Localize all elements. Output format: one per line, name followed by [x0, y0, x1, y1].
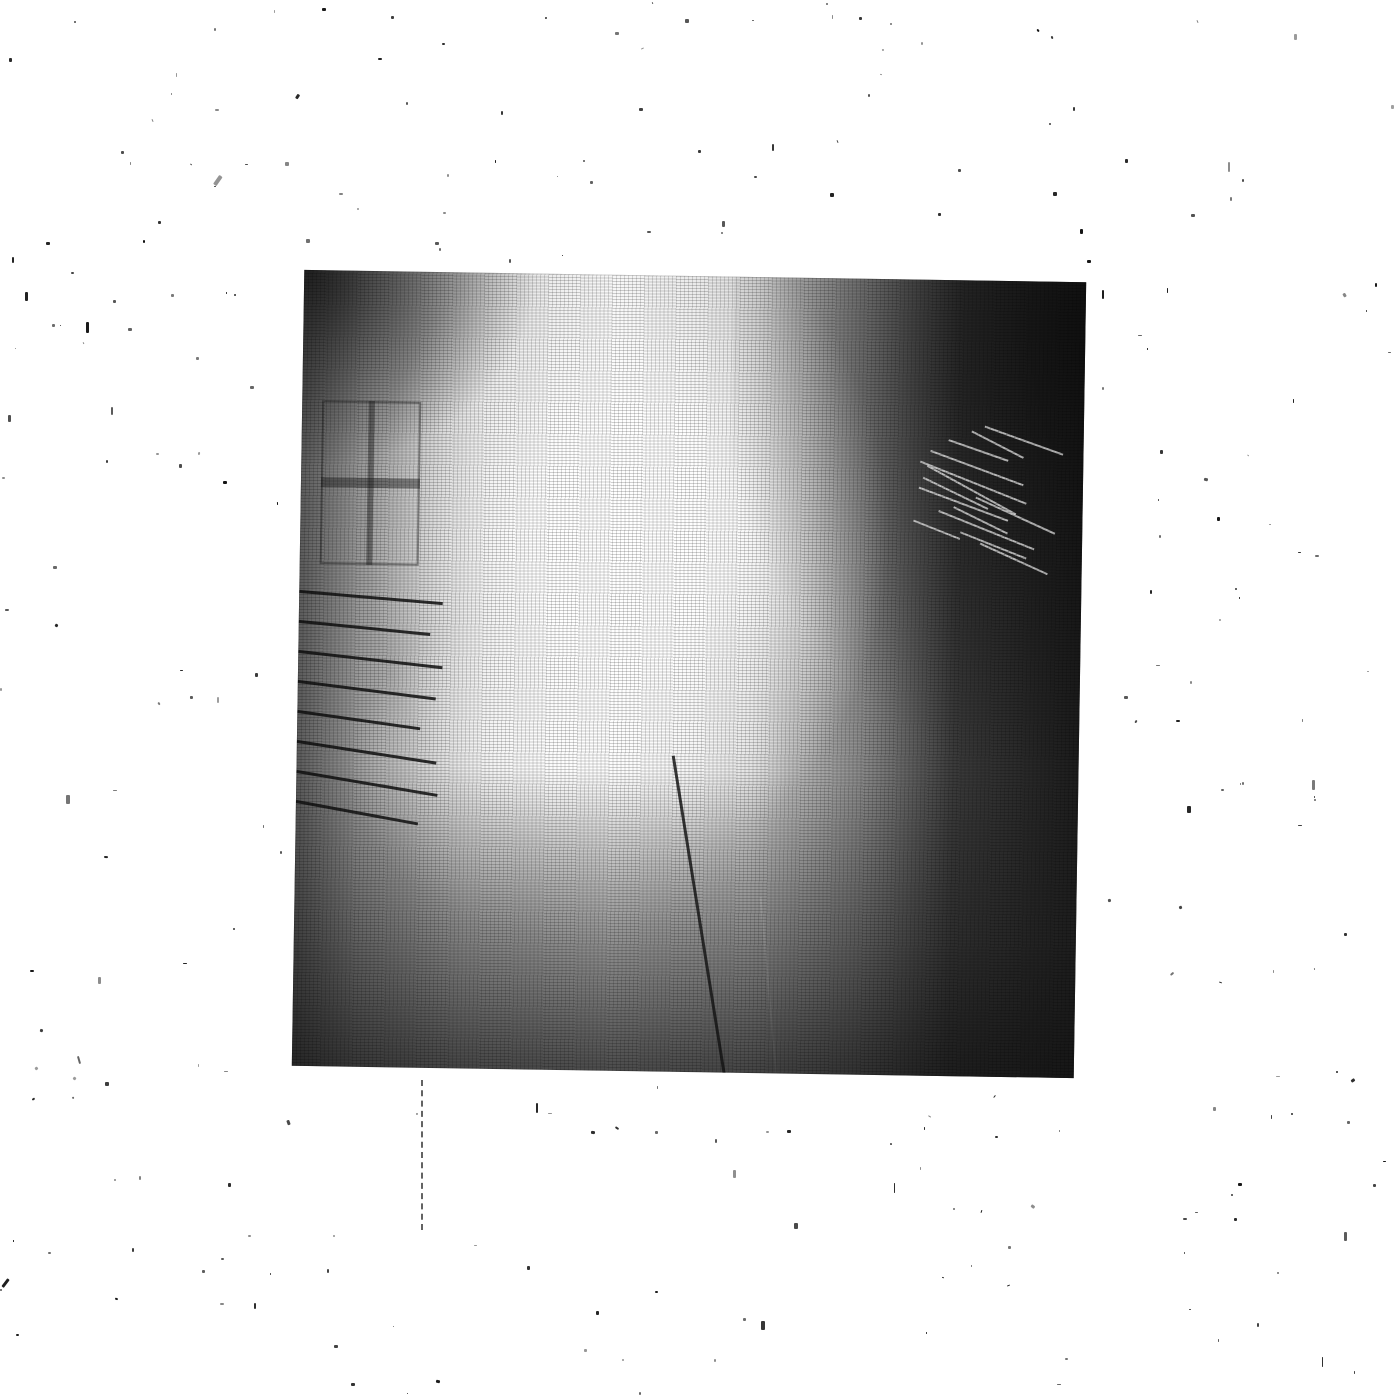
- scan-speck: [254, 1303, 256, 1309]
- scan-speck: [647, 231, 650, 234]
- scan-speck: [1124, 696, 1128, 699]
- scan-speck: [1102, 387, 1104, 389]
- scan-speck: [1102, 290, 1104, 299]
- scan-speck: [1315, 555, 1318, 557]
- scan-speck: [114, 1179, 116, 1181]
- scan-speck: [15, 348, 16, 349]
- scan-speck: [113, 300, 115, 303]
- scan-speck: [71, 1097, 73, 1099]
- scan-speck: [583, 160, 585, 162]
- scan-speck: [220, 1303, 224, 1306]
- scan-speck: [584, 1349, 587, 1353]
- scan-speck: [121, 151, 124, 154]
- scan-speck: [882, 49, 885, 51]
- scan-speck: [73, 1077, 77, 1081]
- scan-speck: [106, 460, 108, 462]
- scan-speck: [1178, 905, 1182, 909]
- scan-speck: [82, 341, 84, 344]
- scan-speck: [868, 94, 870, 96]
- scan-speck: [1191, 214, 1195, 217]
- scan-speck: [548, 1113, 552, 1114]
- scan-speck: [859, 17, 862, 20]
- scan-speck: [1087, 260, 1090, 263]
- scan-speck: [245, 164, 248, 165]
- scan-speck: [32, 1098, 36, 1102]
- scan-speck: [407, 1393, 408, 1394]
- scan-speck: [639, 108, 642, 111]
- scan-speck: [1247, 454, 1250, 456]
- scan-speck: [214, 175, 223, 186]
- scan-speck: [652, 1, 654, 3]
- scan-speck: [71, 272, 74, 274]
- scan-speck: [1235, 588, 1237, 590]
- scan-speck: [0, 1289, 2, 1291]
- scan-speck: [1057, 1384, 1061, 1385]
- scan-speck: [1213, 1107, 1216, 1111]
- scan-speck: [1298, 552, 1301, 553]
- scan-speck: [590, 181, 593, 185]
- scan-speck: [1036, 29, 1039, 32]
- scan-speck: [1366, 310, 1367, 311]
- scan-speck: [221, 1258, 224, 1260]
- scan-speck: [1169, 973, 1173, 977]
- scan-speck: [721, 232, 723, 234]
- scan-speck: [1312, 780, 1315, 790]
- scan-speck: [1219, 982, 1222, 984]
- scan-speck: [766, 1131, 768, 1132]
- halftone-grain: [292, 270, 1086, 1078]
- scan-speck: [772, 144, 775, 151]
- scan-speck: [233, 928, 236, 931]
- scan-speck: [942, 1277, 944, 1279]
- scan-speck: [393, 1326, 394, 1328]
- scan-speck: [171, 294, 174, 297]
- scan-speck: [277, 502, 278, 505]
- scan-speck: [714, 1359, 715, 1362]
- scan-speck: [327, 1269, 329, 1273]
- scan-speck: [794, 1223, 798, 1229]
- scan-speck: [132, 1248, 134, 1251]
- scan-speck: [447, 174, 449, 176]
- scan-speck: [787, 1130, 791, 1133]
- scan-speck: [1354, 1371, 1355, 1374]
- scan-speck: [733, 1170, 736, 1179]
- scan-speck: [1228, 162, 1230, 172]
- scan-speck: [270, 1273, 271, 1275]
- scan-speck: [590, 1131, 594, 1134]
- scan-speck: [995, 1136, 997, 1137]
- scan-speck: [406, 102, 408, 104]
- scan-speck: [1073, 107, 1074, 111]
- scan-speck: [295, 93, 300, 99]
- scan-speck: [879, 74, 881, 75]
- scan-speck: [114, 1298, 118, 1301]
- scan-speck: [322, 8, 326, 11]
- scan-speck: [890, 23, 893, 25]
- scan-speck: [333, 1235, 335, 1237]
- scan-speck: [171, 93, 172, 95]
- scan-speck: [52, 324, 55, 327]
- scan-speck: [176, 73, 177, 77]
- scan-speck: [183, 963, 187, 964]
- scan-speck: [25, 292, 28, 301]
- scan-speck: [1218, 1339, 1220, 1342]
- scan-speck: [8, 415, 11, 422]
- scan-speck: [189, 163, 191, 165]
- scan-speck: [1049, 123, 1051, 125]
- scan-speck: [1242, 782, 1244, 785]
- scan-speck: [527, 1266, 530, 1270]
- scan-speck: [1239, 597, 1240, 600]
- scan-speck: [1167, 288, 1168, 293]
- scan-speck: [139, 1176, 141, 1180]
- scan-speck: [754, 176, 757, 178]
- scan-speck: [9, 58, 12, 62]
- scan-speck: [1138, 335, 1142, 336]
- scan-speck: [228, 1183, 231, 1186]
- scan-speck: [495, 160, 497, 163]
- scan-speck: [1294, 34, 1298, 40]
- scan-speck: [1031, 1204, 1036, 1208]
- scan-speck: [971, 1265, 973, 1267]
- scan-speck: [285, 162, 289, 166]
- scan-speck: [1313, 968, 1315, 970]
- scan-speck: [1217, 517, 1220, 521]
- scan-speck: [981, 1210, 983, 1213]
- scan-speck: [439, 248, 442, 251]
- scan-speck: [715, 1139, 717, 1143]
- scan-speck: [158, 221, 161, 224]
- scan-speck: [435, 242, 439, 245]
- scan-speck: [1065, 1358, 1068, 1360]
- scan-speck: [113, 790, 117, 791]
- scan-speck: [924, 1127, 925, 1131]
- scan-speck: [1008, 1246, 1011, 1249]
- scan-speck: [921, 42, 923, 45]
- scan-speck: [545, 17, 547, 19]
- scan-speck: [1176, 720, 1180, 723]
- scan-speck: [615, 32, 619, 35]
- scan-speck: [442, 43, 444, 45]
- scan-speck: [1189, 1309, 1191, 1310]
- scan-speck: [66, 795, 69, 804]
- scan-speck: [77, 1056, 81, 1064]
- scan-speck: [111, 407, 113, 415]
- scan-speck: [685, 19, 689, 23]
- scan-speck: [836, 140, 838, 143]
- scan-speck: [189, 696, 192, 699]
- scan-speck: [1336, 1071, 1338, 1073]
- scan-speck: [536, 1103, 539, 1114]
- scan-speck: [1347, 1121, 1350, 1124]
- scan-speck: [196, 357, 199, 359]
- scan-speck: [215, 109, 219, 111]
- scan-speck: [1391, 105, 1393, 109]
- scan-speck: [509, 259, 512, 263]
- scan-speck: [378, 58, 381, 60]
- scan-speck: [1183, 1218, 1187, 1220]
- scan-speck: [158, 701, 162, 705]
- scan-speck: [1344, 933, 1347, 936]
- scan-speck: [1221, 789, 1225, 791]
- scan-speck: [894, 1183, 895, 1194]
- scan-speck: [12, 257, 14, 263]
- scan-speck: [1195, 1212, 1198, 1214]
- scan-speck: [938, 213, 941, 216]
- scan-speck: [1388, 352, 1392, 353]
- scan-speck: [263, 825, 265, 829]
- scan-speck: [1276, 1076, 1280, 1078]
- scan-speck: [143, 240, 145, 244]
- scan-speck: [928, 1115, 931, 1118]
- scan-speck: [306, 239, 310, 243]
- scan-speck: [53, 566, 56, 569]
- scan-speck: [1375, 283, 1377, 287]
- scan-speck: [1187, 806, 1191, 813]
- scan-speck: [562, 255, 563, 257]
- scan-speck: [130, 162, 131, 165]
- scan-speck: [224, 1071, 227, 1072]
- scan-speck: [722, 221, 724, 227]
- scan-speck: [1204, 478, 1208, 481]
- scan-speck: [1367, 671, 1369, 672]
- scan-speck: [1257, 1323, 1259, 1326]
- scan-speck: [436, 1379, 440, 1383]
- scan-speck: [214, 28, 217, 30]
- scan-speck: [1383, 1161, 1386, 1162]
- scan-speck: [1184, 1252, 1185, 1254]
- scan-speck: [596, 1311, 599, 1314]
- scan-speck: [98, 977, 102, 985]
- scan-speck: [86, 322, 89, 333]
- scan-speck: [1059, 1130, 1060, 1132]
- scan-speck: [1373, 1184, 1376, 1187]
- scan-speck: [39, 1028, 42, 1031]
- scan-speck: [698, 150, 701, 153]
- scan-speck: [1230, 197, 1232, 201]
- scan-speck: [1271, 1115, 1272, 1119]
- scan-speck: [30, 970, 34, 972]
- scan-speck: [474, 1245, 477, 1246]
- scan-speck: [60, 325, 62, 326]
- scan-speck: [1273, 970, 1275, 973]
- scan-speck: [2, 477, 5, 479]
- scan-speck: [1238, 1183, 1242, 1185]
- scan-speck: [151, 119, 153, 122]
- scan-speck: [501, 111, 503, 115]
- scan-speck: [1234, 1218, 1237, 1220]
- scan-speck: [54, 624, 58, 628]
- scan-speck: [104, 856, 108, 858]
- scan-speck: [351, 1383, 355, 1385]
- scan-speck: [179, 464, 182, 468]
- scan-speck: [198, 1064, 200, 1067]
- scan-speck: [286, 1119, 291, 1125]
- scan-speck: [926, 1332, 927, 1333]
- scan-speck: [1277, 1271, 1280, 1274]
- scan-speck: [223, 481, 226, 483]
- scan-speck: [1298, 825, 1302, 826]
- scan-speck: [1219, 619, 1221, 621]
- scan-speck: [890, 1143, 892, 1145]
- scan-speck: [1135, 720, 1138, 723]
- scan-speck: [1007, 1284, 1010, 1286]
- scan-speck: [1351, 1078, 1356, 1083]
- scan-speck: [226, 292, 227, 294]
- scan-speck: [639, 1392, 641, 1395]
- scan-speck: [958, 169, 961, 172]
- scan-speck: [1269, 524, 1271, 526]
- scan-speck: [1342, 292, 1347, 297]
- scan-speck: [1156, 665, 1160, 666]
- scan-speck: [1150, 590, 1152, 593]
- scan-speck: [1159, 535, 1161, 538]
- scan-speck: [1344, 1232, 1348, 1241]
- scan-speck: [74, 21, 76, 24]
- scan-speck: [156, 453, 159, 455]
- scan-speck: [826, 3, 828, 5]
- scan-speck: [655, 1131, 658, 1134]
- scan-speck: [1147, 348, 1148, 351]
- scan-speck: [105, 1082, 108, 1086]
- scan-speck: [1158, 499, 1159, 501]
- scan-speck: [214, 186, 216, 188]
- scan-speck: [1108, 899, 1112, 903]
- scan-speck: [1197, 20, 1199, 23]
- halftone-photograph: [292, 270, 1086, 1078]
- scan-speck: [1231, 1194, 1233, 1196]
- scan-speck: [357, 208, 360, 209]
- scan-speck: [13, 1240, 14, 1242]
- scan-speck: [920, 1167, 921, 1170]
- scan-speck: [48, 1252, 51, 1254]
- scan-speck: [1190, 681, 1191, 684]
- scan-speck: [248, 1235, 251, 1237]
- scan-speck: [1242, 179, 1244, 182]
- scan-speck: [1291, 1113, 1293, 1115]
- scan-speck: [1314, 796, 1316, 799]
- scan-speck: [557, 176, 559, 177]
- scan-speck: [761, 1321, 765, 1331]
- scan-speck: [1053, 192, 1057, 196]
- scan-speck: [280, 851, 283, 854]
- scan-speck: [752, 20, 755, 21]
- scan-speck: [202, 1270, 204, 1273]
- scan-speck: [1, 1278, 9, 1288]
- scan-speck: [1125, 159, 1128, 163]
- scan-speck: [250, 386, 254, 389]
- scan-speck: [615, 1126, 619, 1130]
- scan-speck: [994, 1095, 997, 1098]
- scan-speck: [443, 212, 446, 214]
- scan-speck: [1293, 399, 1294, 403]
- scan-speck: [391, 16, 394, 19]
- scan-speck: [622, 1359, 624, 1361]
- scan-speck: [743, 1318, 747, 1321]
- scan-speck: [16, 1334, 19, 1337]
- scan-speck: [657, 1086, 658, 1089]
- scan-speck: [1314, 799, 1317, 801]
- scan-speck: [1302, 719, 1303, 721]
- scan-speck: [4, 609, 8, 612]
- scan-speck: [830, 193, 834, 197]
- scan-speck: [334, 1345, 338, 1348]
- scan-speck: [46, 242, 49, 245]
- scan-speck: [1322, 1357, 1323, 1367]
- scan-speck: [0, 688, 2, 691]
- scan-speck: [198, 452, 201, 456]
- scan-speck: [1160, 450, 1163, 454]
- scan-speck: [339, 193, 343, 195]
- scan-speck: [1080, 229, 1082, 234]
- scan-speck: [953, 1208, 955, 1210]
- scanned-page: [0, 0, 1400, 1400]
- scan-speck: [832, 15, 833, 19]
- scan-speck: [416, 1112, 418, 1114]
- margin-rule: [421, 1080, 423, 1230]
- scan-speck: [217, 697, 219, 703]
- scan-speck: [1051, 36, 1054, 39]
- scan-speck: [641, 48, 644, 50]
- scan-speck: [180, 670, 183, 671]
- scan-speck: [35, 1066, 39, 1070]
- scan-speck: [234, 294, 236, 296]
- scan-speck: [128, 328, 132, 331]
- scan-speck: [255, 673, 257, 676]
- scan-speck: [274, 10, 276, 13]
- scan-speck: [655, 1291, 658, 1292]
